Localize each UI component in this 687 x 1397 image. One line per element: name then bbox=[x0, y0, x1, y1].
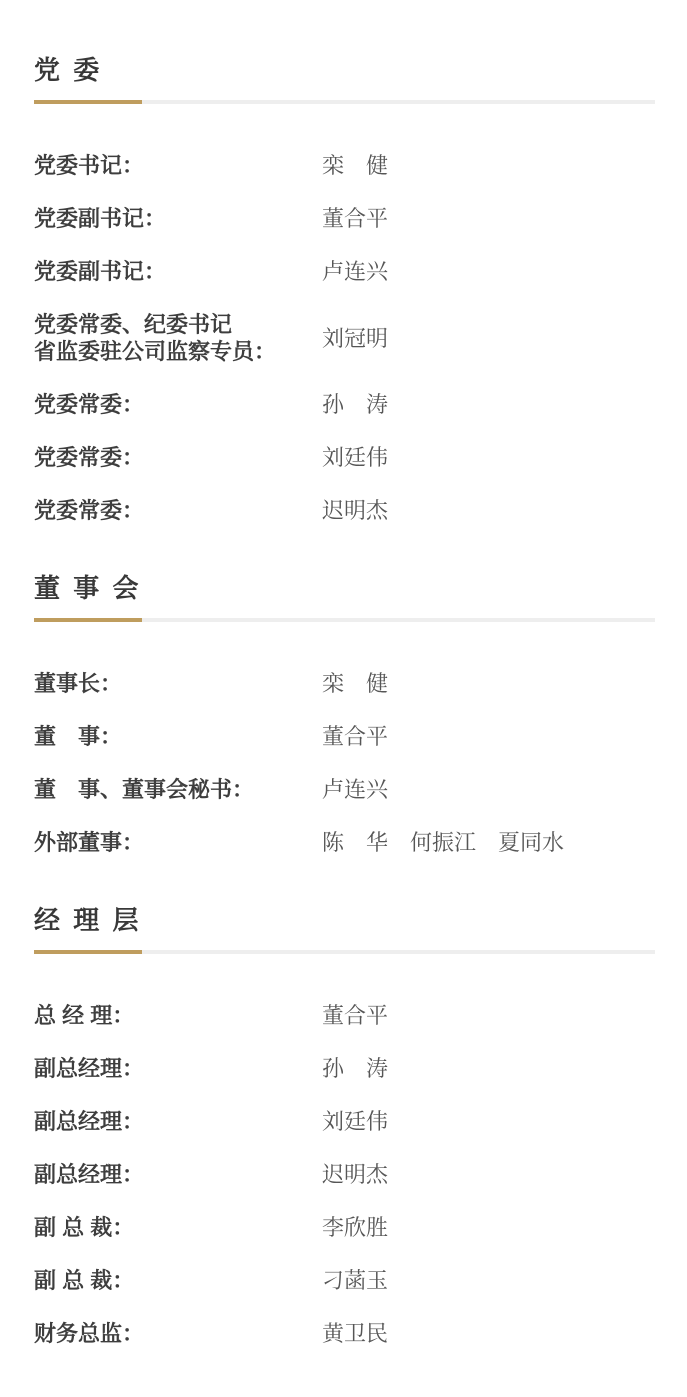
position-label: 党委书记： bbox=[34, 152, 322, 179]
person-name: 栾 健 bbox=[322, 670, 388, 697]
leader-row: 副 总 裁： 刁菡玉 bbox=[34, 1267, 655, 1294]
section-title: 董 事 会 bbox=[34, 574, 655, 602]
position-label: 董事长： bbox=[34, 670, 322, 697]
section-management: 经 理 层 总 经 理： 董合平 副总经理： 孙 涛 副总经理： 刘廷伟 副总经… bbox=[34, 906, 655, 1347]
position-label: 副总经理： bbox=[34, 1161, 322, 1188]
person-name: 李欣胜 bbox=[322, 1214, 388, 1241]
leader-row: 董事长： 栾 健 bbox=[34, 670, 655, 697]
position-label: 董 事： bbox=[34, 723, 322, 750]
leader-row: 副总经理： 孙 涛 bbox=[34, 1055, 655, 1082]
leader-row: 党委常委： 孙 涛 bbox=[34, 391, 655, 418]
person-name: 孙 涛 bbox=[322, 1055, 388, 1082]
leadership-page: 党 委 党委书记： 栾 健 党委副书记： 董合平 党委副书记： 卢连兴 党委常委… bbox=[34, 56, 655, 1347]
position-label: 外部董事： bbox=[34, 829, 322, 856]
section-board-of-directors: 董 事 会 董事长： 栾 健 董 事： 董合平 董 事、董事会秘书： 卢连兴 外… bbox=[34, 574, 655, 856]
person-name: 董合平 bbox=[322, 723, 388, 750]
leader-row: 副总经理： 迟明杰 bbox=[34, 1161, 655, 1188]
divider-accent-bar bbox=[34, 100, 142, 104]
person-name: 刘冠明 bbox=[322, 325, 388, 352]
divider-accent-bar bbox=[34, 618, 142, 622]
person-name: 卢连兴 bbox=[322, 258, 388, 285]
person-name: 黄卫民 bbox=[322, 1320, 388, 1347]
person-name: 卢连兴 bbox=[322, 776, 388, 803]
leader-row: 副 总 裁： 李欣胜 bbox=[34, 1214, 655, 1241]
divider-accent-bar bbox=[34, 950, 142, 954]
section-title: 经 理 层 bbox=[34, 906, 655, 934]
person-name: 刘廷伟 bbox=[322, 444, 388, 471]
leader-row: 党委副书记： 董合平 bbox=[34, 205, 655, 232]
person-name: 迟明杰 bbox=[322, 1161, 388, 1188]
leader-row: 总 经 理： 董合平 bbox=[34, 1002, 655, 1029]
leader-list: 董事长： 栾 健 董 事： 董合平 董 事、董事会秘书： 卢连兴 外部董事： 陈… bbox=[34, 670, 655, 856]
position-label: 党委常委： bbox=[34, 497, 322, 524]
position-label: 副 总 裁： bbox=[34, 1214, 322, 1241]
section-divider bbox=[34, 100, 655, 104]
position-label: 财务总监： bbox=[34, 1320, 322, 1347]
position-label: 董 事、董事会秘书： bbox=[34, 776, 322, 803]
section-party-committee: 党 委 党委书记： 栾 健 党委副书记： 董合平 党委副书记： 卢连兴 党委常委… bbox=[34, 56, 655, 524]
section-title: 党 委 bbox=[34, 56, 655, 84]
leader-row: 党委副书记： 卢连兴 bbox=[34, 258, 655, 285]
person-name: 陈 华 何振江 夏同水 bbox=[322, 829, 564, 856]
leader-list: 总 经 理： 董合平 副总经理： 孙 涛 副总经理： 刘廷伟 副总经理： 迟明杰… bbox=[34, 1002, 655, 1347]
person-name: 栾 健 bbox=[322, 152, 388, 179]
leader-row: 党委常委、纪委书记 省监委驻公司监察专员： 刘冠明 bbox=[34, 311, 655, 365]
position-label: 副总经理： bbox=[34, 1055, 322, 1082]
position-label: 总 经 理： bbox=[34, 1002, 322, 1029]
person-name: 孙 涛 bbox=[322, 391, 388, 418]
person-name: 刘廷伟 bbox=[322, 1108, 388, 1135]
position-label: 副总经理： bbox=[34, 1108, 322, 1135]
leader-row: 副总经理： 刘廷伟 bbox=[34, 1108, 655, 1135]
position-label: 党委常委： bbox=[34, 391, 322, 418]
person-name: 刁菡玉 bbox=[322, 1267, 388, 1294]
leader-row: 党委常委： 迟明杰 bbox=[34, 497, 655, 524]
position-label: 党委常委、纪委书记 省监委驻公司监察专员： bbox=[34, 311, 322, 365]
position-label: 党委常委： bbox=[34, 444, 322, 471]
person-name: 董合平 bbox=[322, 1002, 388, 1029]
person-name: 董合平 bbox=[322, 205, 388, 232]
leader-row: 外部董事： 陈 华 何振江 夏同水 bbox=[34, 829, 655, 856]
position-label: 党委副书记： bbox=[34, 205, 322, 232]
leader-row: 董 事、董事会秘书： 卢连兴 bbox=[34, 776, 655, 803]
position-label: 党委副书记： bbox=[34, 258, 322, 285]
leader-row: 党委常委： 刘廷伟 bbox=[34, 444, 655, 471]
leader-row: 党委书记： 栾 健 bbox=[34, 152, 655, 179]
leader-list: 党委书记： 栾 健 党委副书记： 董合平 党委副书记： 卢连兴 党委常委、纪委书… bbox=[34, 152, 655, 524]
leader-row: 财务总监： 黄卫民 bbox=[34, 1320, 655, 1347]
section-divider bbox=[34, 618, 655, 622]
leader-row: 董 事： 董合平 bbox=[34, 723, 655, 750]
person-name: 迟明杰 bbox=[322, 497, 388, 524]
section-divider bbox=[34, 950, 655, 954]
position-label: 副 总 裁： bbox=[34, 1267, 322, 1294]
